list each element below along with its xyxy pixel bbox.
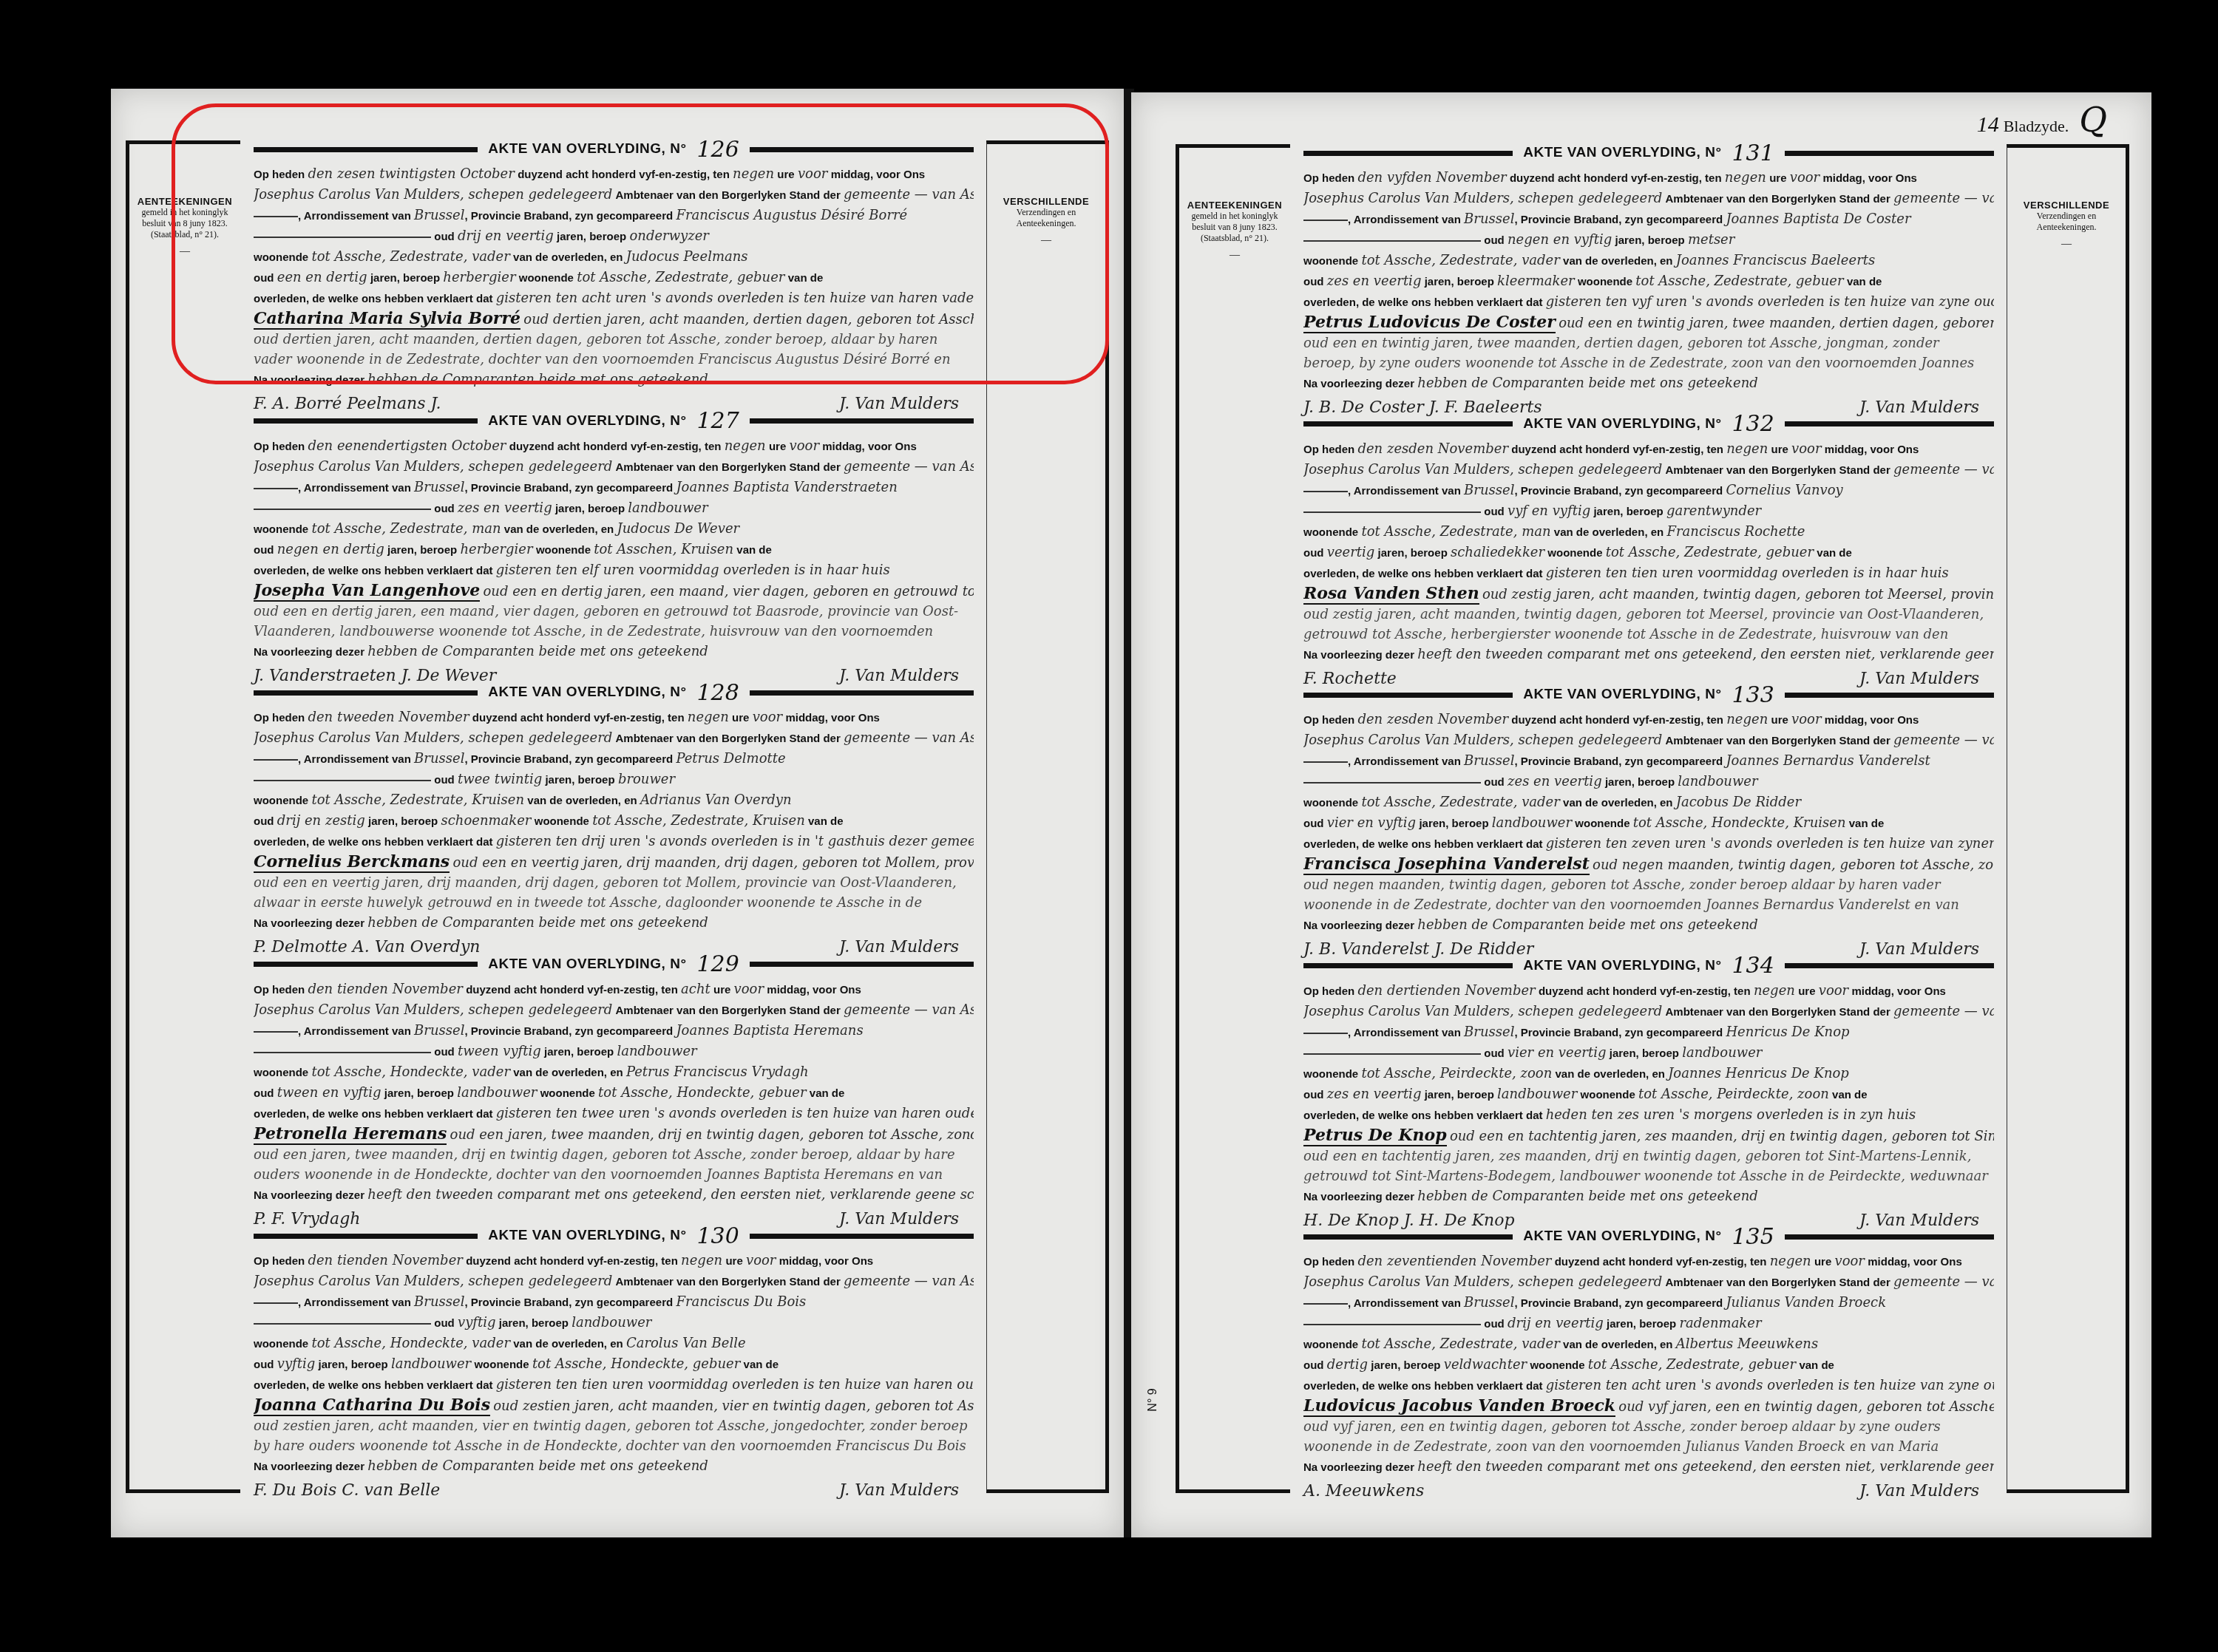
label-verklaert: , de welke ons hebben verklaert dat bbox=[306, 836, 493, 849]
label-oud: oud bbox=[1303, 1359, 1324, 1372]
label-arrondissement: , Arrondissement van bbox=[298, 482, 411, 494]
record-ampm: voor bbox=[1835, 1254, 1865, 1269]
record-official: Josephus Carolus Van Mulders, schepen ge… bbox=[1303, 732, 1662, 748]
header-rule bbox=[254, 418, 478, 424]
margin-heading-right: VERSCHILLENDE bbox=[2007, 200, 2126, 211]
record-witness2-home: tot Assche, Zedestrate, Kruisen bbox=[592, 813, 805, 829]
record-number: 126 bbox=[697, 137, 739, 163]
label-ure: ure bbox=[1798, 985, 1815, 998]
record-gemeente: gemeente — van Assche bbox=[844, 730, 974, 746]
margin-right-dash: — bbox=[2007, 239, 2126, 251]
record-closing: hebben de Comparanten beide met ons gete… bbox=[367, 644, 708, 659]
record-witness1: Joannes Baptista Heremans bbox=[676, 1023, 863, 1039]
label-jaren-beroep: jaren, beroep bbox=[1378, 547, 1448, 560]
label-van-de-overleden: van de overleden bbox=[527, 795, 618, 807]
label-op-heden: Op heden bbox=[254, 712, 305, 724]
record-witness2-home: tot Assche, Zedestrate, gebuer bbox=[1635, 273, 1843, 289]
record-witness1-home: tot Assche, Hondeckte, vader bbox=[311, 1336, 510, 1351]
header-rule bbox=[1785, 963, 1994, 968]
record-official: Josephus Carolus Van Mulders, schepen ge… bbox=[1303, 1274, 1662, 1290]
label-woonende: woonende bbox=[535, 815, 589, 828]
left-records: AKTE VAN OVERLYDING, N° 126 Op heden den… bbox=[240, 135, 987, 1493]
record-witness1-age: vyf en vyftig bbox=[1508, 503, 1590, 519]
label-ure: ure bbox=[1814, 1256, 1831, 1268]
label-middag: middag, voor Ons bbox=[779, 1255, 874, 1268]
label-ure: ure bbox=[769, 441, 786, 453]
record-gemeente: gemeente — van Assche bbox=[1893, 1274, 1994, 1290]
blank-rule bbox=[254, 1052, 431, 1053]
label-van-de-overleden: van de overleden bbox=[513, 251, 604, 264]
death-record: AKTE VAN OVERLYDING, N° 126 Op heden den… bbox=[240, 135, 987, 407]
label-en: , en bbox=[604, 1338, 623, 1350]
handwritten-mark: Q bbox=[2079, 100, 2107, 140]
label-oud: oud bbox=[434, 1046, 455, 1058]
left-margin-column-right-page: AENTEEKENINGEN gemeld in het koninglyk b… bbox=[1176, 144, 1290, 1493]
label-van-de: van de bbox=[810, 1087, 845, 1100]
record-witness1-age: tween vyftig bbox=[458, 1044, 541, 1059]
deceased-name: Petrus De Knop bbox=[1303, 1126, 1447, 1146]
record-header: AKTE VAN OVERLYDING, N° 131 bbox=[1303, 138, 1994, 168]
label-oud: oud bbox=[254, 272, 274, 285]
label-op-heden: Op heden bbox=[1303, 443, 1354, 456]
label-van-de: van de bbox=[808, 815, 844, 828]
label-oud: oud bbox=[254, 1359, 274, 1371]
label-na-voorlezing: Na voorleezing dezer bbox=[254, 917, 364, 930]
label-overleden: overleden bbox=[254, 1379, 306, 1392]
record-details-cont: oud een jaren, twee maanden, drij en twi… bbox=[254, 1147, 955, 1185]
deceased-name: Francisca Josephina Vanderelst bbox=[1303, 854, 1590, 875]
label-en: , en bbox=[604, 251, 623, 264]
label-ambtenaer: Ambtenaer van den Borgerlyken Stand der bbox=[1666, 1006, 1890, 1019]
record-witness2: Joannes Franciscus Baeleerts bbox=[1676, 253, 1875, 268]
death-record: AKTE VAN OVERLYDING, N° 133 Op heden den… bbox=[1290, 680, 2007, 951]
record-witness2-home: tot Assche, Peirdeckte, zoon bbox=[1638, 1087, 1829, 1102]
record-gemeente: gemeente — van Assche bbox=[844, 1274, 974, 1289]
record-witness1-job: metser bbox=[1688, 232, 1734, 248]
record-witness1-home: tot Assche, Zedestrate, vader bbox=[1361, 253, 1559, 268]
record-date: den tienden November bbox=[308, 982, 462, 997]
header-rule bbox=[254, 147, 478, 152]
record-header: AKTE VAN OVERLYDING, N° 132 bbox=[1303, 409, 1994, 439]
record-witness2-age: dertig bbox=[1327, 1357, 1368, 1373]
header-rule bbox=[1303, 421, 1513, 426]
blank-rule bbox=[1303, 782, 1481, 783]
label-jaren-beroep: jaren, beroep bbox=[1605, 776, 1675, 789]
record-witness1-home: tot Assche, Zedestrate, vader bbox=[1361, 795, 1559, 810]
label-woonende: woonende bbox=[1303, 797, 1358, 809]
label-op-heden: Op heden bbox=[1303, 1256, 1354, 1268]
blank-rule bbox=[254, 1031, 298, 1033]
record-arrondissement: Brussel bbox=[1464, 1024, 1514, 1040]
label-oud: oud bbox=[1303, 817, 1324, 830]
label-arrondissement: , Arrondissement van bbox=[298, 753, 411, 766]
record-title: AKTE VAN OVERLYDING, N° bbox=[488, 684, 686, 701]
label-year: duyzend acht honderd vyf-en-zestig, ten bbox=[472, 712, 685, 724]
record-details-cont: oud een en twintig jaren, twee maanden, … bbox=[1303, 336, 1984, 373]
record-witness1-home: tot Assche, Zedestrate, man bbox=[311, 521, 501, 537]
label-middag: middag, voor Ons bbox=[1825, 443, 1919, 456]
record-official: Josephus Carolus Van Mulders, schepen ge… bbox=[254, 1274, 612, 1289]
label-year: duyzend acht honderd vyf-en-zestig, ten bbox=[466, 1255, 678, 1268]
label-jaren-beroep: jaren, beroep bbox=[319, 1359, 388, 1371]
page-number: 14Bladzyde.Q bbox=[1977, 100, 2107, 140]
record-hour: negen bbox=[681, 1253, 722, 1268]
label-jaren-beroep: jaren, beroep bbox=[1425, 276, 1494, 288]
death-record: AKTE VAN OVERLYDING, N° 135 Op heden den… bbox=[1290, 1222, 2007, 1493]
margin-heading: AENTEEKENINGEN bbox=[1179, 200, 1290, 211]
blank-rule bbox=[1303, 511, 1481, 513]
header-rule bbox=[1785, 1234, 1994, 1240]
blank-rule bbox=[1303, 240, 1481, 242]
record-witness1: Joannes Baptista De Coster bbox=[1726, 211, 1910, 227]
label-verklaert: , de welke ons hebben verklaert dat bbox=[306, 565, 493, 577]
record-witness2-job: landbouwer bbox=[1497, 1087, 1577, 1102]
label-verklaert: , de welke ons hebben verklaert dat bbox=[306, 1108, 493, 1121]
label-year: duyzend acht honderd vyf-en-zestig, ten bbox=[1555, 1256, 1767, 1268]
label-woonende: woonende bbox=[1303, 1068, 1358, 1081]
label-jaren-beroep: jaren, beroep bbox=[1610, 1047, 1679, 1060]
header-rule bbox=[1785, 421, 1994, 426]
official-signature: J. Van Mulders bbox=[839, 1481, 959, 1500]
label-jaren-beroep: jaren, beroep bbox=[1425, 1089, 1494, 1101]
record-statement: gisteren ten drij uren 's avonds overled… bbox=[496, 834, 974, 849]
record-witness2-job: herbergier bbox=[443, 270, 515, 285]
label-van-de-overleden: van de overleden bbox=[1563, 255, 1654, 268]
label-overleden: overleden bbox=[254, 1108, 306, 1121]
blank-rule bbox=[254, 237, 431, 238]
record-witness2-age: vier en vyftig bbox=[1327, 815, 1416, 831]
label-overleden: overleden bbox=[1303, 296, 1356, 309]
death-record: AKTE VAN OVERLYDING, N° 127 Op heden den… bbox=[240, 407, 987, 679]
label-jaren-beroep: jaren, beroep bbox=[1615, 234, 1684, 247]
label-jaren-beroep: jaren, beroep bbox=[557, 231, 626, 243]
record-details: oud een en dertig jaren, een maand, vier… bbox=[484, 584, 974, 599]
label-woonende: woonende bbox=[254, 251, 308, 264]
record-title: AKTE VAN OVERLYDING, N° bbox=[488, 956, 686, 973]
header-rule bbox=[750, 690, 974, 696]
label-arrondissement: , Arrondissement van bbox=[298, 210, 411, 222]
record-details: oud een en tachtentig jaren, zes maanden… bbox=[1450, 1129, 1994, 1144]
label-verklaert: , de welke ons hebben verklaert dat bbox=[1356, 1109, 1543, 1122]
label-oud: oud bbox=[1303, 547, 1324, 560]
record-date: den zesden November bbox=[1357, 712, 1508, 727]
label-middag: middag, voor Ons bbox=[1825, 714, 1919, 727]
label-jaren-beroep: jaren, beroep bbox=[384, 1087, 454, 1100]
header-rule bbox=[1303, 1234, 1513, 1240]
label-provincie: , Provincie Braband, zyn gecompareerd bbox=[1514, 214, 1723, 226]
label-arrondissement: , Arrondissement van bbox=[1348, 485, 1461, 497]
record-closing: heeft den tweeden comparant met ons gete… bbox=[1417, 1459, 1994, 1475]
record-witness1-job: landbouwer bbox=[617, 1044, 696, 1059]
record-witness1-age: drij en veertig bbox=[458, 228, 554, 244]
blank-rule bbox=[1303, 220, 1348, 221]
label-provincie: , Provincie Braband, zyn gecompareerd bbox=[464, 1025, 673, 1038]
record-witness1-age: drij en veertig bbox=[1508, 1316, 1604, 1331]
blank-rule bbox=[254, 759, 298, 761]
label-jaren-beroep: jaren, beroep bbox=[370, 272, 440, 285]
label-overleden: overleden bbox=[1303, 568, 1356, 580]
deceased-name: Petrus Ludovicus De Coster bbox=[1303, 313, 1556, 333]
label-verklaert: , de welke ons hebben verklaert dat bbox=[306, 293, 493, 305]
record-details-cont: oud dertien jaren, acht maanden, dertien… bbox=[254, 332, 969, 370]
record-witness1-home: tot Assche, Zedestrate, vader bbox=[311, 249, 509, 265]
label-na-voorlezing: Na voorleezing dezer bbox=[1303, 920, 1414, 932]
label-op-heden: Op heden bbox=[254, 1255, 305, 1268]
record-witness2-home: tot Assche, Zedestrate, gebuer bbox=[1588, 1357, 1796, 1373]
record-hour: negen bbox=[725, 438, 766, 454]
signatures: F. Du Bois C. van Belle J. Van Mulders bbox=[254, 1481, 974, 1500]
label-overleden: overleden bbox=[1303, 1380, 1356, 1393]
record-witness2-age: tween en vyftig bbox=[277, 1085, 381, 1101]
label-oud: oud bbox=[254, 815, 274, 828]
label-oud: oud bbox=[1303, 1089, 1324, 1101]
label-woonende: woonende bbox=[1303, 1339, 1358, 1351]
record-closing: heeft den tweeden comparant met ons gete… bbox=[1417, 647, 1994, 662]
record-number: 128 bbox=[697, 680, 739, 706]
label-ambtenaer: Ambtenaer van den Borgerlyken Stand der bbox=[1666, 464, 1890, 477]
record-hour: negen bbox=[1770, 1254, 1811, 1269]
record-date: den vyfden November bbox=[1357, 170, 1506, 186]
right-margin-column: VERSCHILLENDE Verzendingen en Aenteekeni… bbox=[986, 140, 1109, 1493]
header-rule bbox=[1785, 693, 1994, 698]
label-ure: ure bbox=[777, 169, 794, 181]
header-rule bbox=[1785, 151, 1994, 156]
label-arrondissement: , Arrondissement van bbox=[298, 1025, 411, 1038]
record-witness2-job: herbergier bbox=[460, 542, 532, 557]
record-details-cont: oud negen maanden, twintig dagen, gebore… bbox=[1303, 877, 1959, 915]
record-header: AKTE VAN OVERLYDING, N° 133 bbox=[1303, 680, 1994, 710]
label-op-heden: Op heden bbox=[254, 984, 305, 996]
label-overleden: overleden bbox=[1303, 1109, 1356, 1122]
label-jaren-beroep: jaren, beroep bbox=[1607, 1318, 1676, 1330]
record-ampm: voor bbox=[753, 710, 782, 725]
label-middag: middag, voor Ons bbox=[785, 712, 880, 724]
record-witness2-age: veertig bbox=[1327, 545, 1375, 560]
record-statement: gisteren ten acht uren 's avonds overled… bbox=[496, 290, 974, 306]
record-statement: gisteren ten tien uren voormiddag overle… bbox=[496, 1377, 974, 1393]
death-record: AKTE VAN OVERLYDING, N° 131 Op heden den… bbox=[1290, 138, 2007, 409]
label-year: duyzend acht honderd vyf-en-zestig, ten bbox=[518, 169, 730, 181]
blank-rule bbox=[1303, 1033, 1348, 1034]
record-witness2: Albertus Meeuwkens bbox=[1676, 1336, 1818, 1352]
record-witness2: Judocus De Wever bbox=[617, 521, 739, 537]
label-woonende: woonende bbox=[254, 1067, 308, 1079]
record-witness2-home: tot Assche, Zedestrate, gebuer bbox=[1606, 545, 1814, 560]
record-witness2-job: kleermaker bbox=[1497, 273, 1575, 289]
record-number: 131 bbox=[1732, 140, 1774, 166]
record-details: oud vyf jaren, een en twintig dagen, geb… bbox=[1618, 1399, 1994, 1415]
blank-rule bbox=[1303, 761, 1348, 763]
deceased-name: Rosa Vanden Sthen bbox=[1303, 584, 1479, 605]
label-en: , en bbox=[1654, 797, 1673, 809]
record-details-cont: oud een en veertig jaren, drij maanden, … bbox=[254, 875, 957, 913]
record-witness1-job: radenmaker bbox=[1679, 1316, 1761, 1331]
margin-line-2: besluit van 8 juny 1823. bbox=[1179, 222, 1290, 233]
record-witness2: Petrus Franciscus Vrydagh bbox=[626, 1064, 809, 1080]
label-year: duyzend acht honderd vyf-en-zestig, ten bbox=[466, 984, 678, 996]
margin-heading: AENTEEKENINGEN bbox=[129, 196, 240, 207]
record-details: oud een en veertig jaren, drij maanden, … bbox=[453, 855, 974, 871]
record-arrondissement: Brussel bbox=[1464, 1295, 1514, 1311]
record-arrondissement: Brussel bbox=[414, 208, 464, 223]
record-witness2-age: zes en veertig bbox=[1327, 273, 1422, 289]
label-ambtenaer: Ambtenaer van den Borgerlyken Stand der bbox=[1666, 193, 1890, 205]
label-van-de: van de bbox=[1847, 276, 1882, 288]
right-records: AKTE VAN OVERLYDING, N° 131 Op heden den… bbox=[1290, 138, 2007, 1493]
header-rule bbox=[750, 1234, 974, 1239]
record-witness2-job: veldwachter bbox=[1444, 1357, 1527, 1373]
record-date: den dertienden November bbox=[1357, 983, 1535, 999]
record-number: 127 bbox=[697, 408, 739, 434]
record-witness1-home: tot Assche, Hondeckte, vader bbox=[311, 1064, 510, 1080]
label-jaren-beroep: jaren, beroep bbox=[499, 1317, 569, 1330]
label-na-voorlezing: Na voorleezing dezer bbox=[254, 1189, 364, 1202]
label-oud: oud bbox=[1484, 1318, 1505, 1330]
record-gemeente: gemeente — van Assche bbox=[1893, 1004, 1994, 1019]
label-na-voorlezing: Na voorleezing dezer bbox=[1303, 1191, 1414, 1203]
label-van-de-overleden: van de overleden bbox=[1563, 797, 1654, 809]
label-jaren-beroep: jaren, beroep bbox=[545, 774, 614, 786]
record-details: oud een en twintig jaren, twee maanden, … bbox=[1559, 316, 1994, 331]
left-page: AENTEEKENINGEN gemeld in het koninglyk b… bbox=[111, 89, 1124, 1537]
label-arrondissement: , Arrondissement van bbox=[1348, 1297, 1461, 1310]
register-volume-label: N° 9 bbox=[1147, 1388, 1160, 1411]
record-header: AKTE VAN OVERLYDING, N° 134 bbox=[1303, 951, 1994, 981]
label-ambtenaer: Ambtenaer van den Borgerlyken Stand der bbox=[616, 461, 841, 474]
blank-rule bbox=[254, 780, 431, 781]
record-closing: hebben de Comparanten beide met ons gete… bbox=[1417, 375, 1758, 391]
blank-rule bbox=[1303, 1303, 1348, 1305]
label-na-voorlezing: Na voorleezing dezer bbox=[1303, 1461, 1414, 1474]
record-title: AKTE VAN OVERLYDING, N° bbox=[1523, 958, 1721, 974]
record-date: den zesen twintigsten October bbox=[308, 166, 514, 182]
blank-rule bbox=[254, 1323, 431, 1325]
record-ampm: voor bbox=[1819, 983, 1848, 999]
death-record: AKTE VAN OVERLYDING, N° 128 Op heden den… bbox=[240, 678, 987, 950]
label-provincie: , Provincie Braband, zyn gecompareerd bbox=[1514, 755, 1723, 768]
label-jaren-beroep: jaren, beroep bbox=[555, 503, 625, 515]
record-hour: negen bbox=[1726, 441, 1768, 457]
record-details-cont: oud een en dertig jaren, een maand, vier… bbox=[254, 604, 958, 642]
label-woonende: woonende bbox=[254, 795, 308, 807]
label-overleden: overleden bbox=[1303, 838, 1356, 851]
header-rule bbox=[254, 1234, 478, 1239]
record-witness2-home: tot Assche, Hondeckte, gebuer bbox=[598, 1085, 806, 1101]
record-details-cont: oud een en tachtentig jaren, zes maanden… bbox=[1303, 1149, 1988, 1186]
label-na-voorlezing: Na voorleezing dezer bbox=[1303, 378, 1414, 390]
label-van-de-overleden: van de overleden bbox=[1556, 1068, 1646, 1081]
record-details: oud dertien jaren, acht maanden, dertien… bbox=[523, 312, 974, 327]
record-witness1-home: tot Assche, Zedestrate, Kruisen bbox=[311, 792, 524, 808]
label-en: , en bbox=[1646, 1068, 1665, 1081]
label-van-de-overleden: van de overleden bbox=[504, 523, 595, 536]
label-jaren-beroep: jaren, beroep bbox=[387, 544, 457, 557]
label-en: , en bbox=[618, 795, 637, 807]
record-witness2-home: tot Assche, Zedestrate, gebuer bbox=[577, 270, 784, 285]
record-closing: heeft den tweeden comparant met ons gete… bbox=[367, 1187, 974, 1203]
label-oud: oud bbox=[434, 503, 455, 515]
label-year: duyzend acht honderd vyf-en-zestig, ten bbox=[1510, 172, 1722, 185]
record-witness1-age: zes en veertig bbox=[458, 500, 552, 516]
label-ambtenaer: Ambtenaer van den Borgerlyken Stand der bbox=[616, 732, 841, 745]
record-witness1-home: tot Assche, Peirdeckte, zoon bbox=[1361, 1066, 1552, 1081]
label-na-voorlezing: Na voorleezing dezer bbox=[1303, 649, 1414, 662]
record-arrondissement: Brussel bbox=[414, 1023, 464, 1039]
record-header: AKTE VAN OVERLYDING, N° 135 bbox=[1303, 1222, 1994, 1251]
label-van-de: van de bbox=[1849, 817, 1885, 830]
header-rule bbox=[750, 147, 974, 152]
label-op-heden: Op heden bbox=[1303, 172, 1354, 185]
label-verklaert: , de welke ons hebben verklaert dat bbox=[1356, 838, 1543, 851]
record-date: den zesden November bbox=[1357, 441, 1508, 457]
record-number: 132 bbox=[1732, 411, 1774, 437]
record-witness1-home: tot Assche, Zedestrate, man bbox=[1361, 524, 1550, 540]
label-ambtenaer: Ambtenaer van den Borgerlyken Stand der bbox=[1666, 1277, 1890, 1289]
record-statement: gisteren ten zeven uren 's avonds overle… bbox=[1546, 836, 1994, 852]
right-page: 14Bladzyde.Q N° 9 AENTEEKENINGEN gemeld … bbox=[1131, 92, 2151, 1537]
label-van-de-overleden: van de overleden bbox=[1554, 526, 1645, 539]
record-arrondissement: Brussel bbox=[1464, 483, 1514, 498]
record-witness1: Henricus De Knop bbox=[1726, 1024, 1849, 1040]
record-details: oud zestien jaren, acht maanden, vier en… bbox=[493, 1398, 974, 1414]
record-details: oud negen maanden, twintig dagen, gebore… bbox=[1593, 857, 1994, 873]
record-official: Josephus Carolus Van Mulders, schepen ge… bbox=[1303, 1004, 1662, 1019]
deceased-name: Catharina Maria Sylvia Borré bbox=[254, 309, 520, 330]
label-middag: middag, voor Ons bbox=[831, 169, 926, 181]
record-witness1: Franciscus Augustus Désiré Borré bbox=[676, 208, 907, 223]
header-rule bbox=[254, 962, 478, 967]
record-ampm: voor bbox=[798, 166, 827, 182]
margin-line-1: gemeld in het koninglyk bbox=[1179, 211, 1290, 222]
record-official: Josephus Carolus Van Mulders, schepen ge… bbox=[1303, 191, 1662, 206]
record-details: oud een jaren, twee maanden, drij en twi… bbox=[450, 1127, 974, 1143]
deceased-name: Petronella Heremans bbox=[254, 1124, 447, 1145]
label-provincie: , Provincie Braband, zyn gecompareerd bbox=[464, 482, 673, 494]
label-arrondissement: , Arrondissement van bbox=[1348, 1027, 1461, 1039]
margin-dash: — bbox=[129, 246, 240, 258]
label-en: , en bbox=[594, 523, 614, 536]
record-hour: negen bbox=[1725, 170, 1766, 186]
record-witness1-age: negen en vyftig bbox=[1508, 232, 1612, 248]
label-provincie: , Provincie Braband, zyn gecompareerd bbox=[1514, 485, 1723, 497]
record-arrondissement: Brussel bbox=[414, 751, 464, 766]
label-woonende: woonende bbox=[536, 544, 591, 557]
record-statement: gisteren ten elf uren voormiddag overled… bbox=[496, 562, 890, 578]
left-margin-column: AENTEEKENINGEN gemeld in het koninglyk b… bbox=[126, 140, 240, 1493]
record-number: 134 bbox=[1732, 953, 1774, 979]
label-ambtenaer: Ambtenaer van den Borgerlyken Stand der bbox=[616, 1005, 841, 1017]
record-title: AKTE VAN OVERLYDING, N° bbox=[1523, 687, 1721, 703]
record-arrondissement: Brussel bbox=[414, 1294, 464, 1310]
label-woonende: woonende bbox=[1530, 1359, 1584, 1372]
label-provincie: , Provincie Braband, zyn gecompareerd bbox=[464, 210, 673, 222]
record-witness2: Carolus Van Belle bbox=[626, 1336, 746, 1351]
right-margin-column-right-page: VERSCHILLENDE Verzendingen en Aenteekeni… bbox=[2007, 144, 2129, 1493]
record-hour: negen bbox=[733, 166, 774, 182]
record-witness2-age: zes en veertig bbox=[1327, 1087, 1422, 1102]
label-van-de-overleden: van de overleden bbox=[1563, 1339, 1654, 1351]
label-van-de: van de bbox=[788, 272, 824, 285]
record-witness1-job: landbouwer bbox=[628, 500, 708, 516]
record-witness1: Cornelius Vanvoy bbox=[1726, 483, 1842, 498]
record-official: Josephus Carolus Van Mulders, schepen ge… bbox=[1303, 462, 1662, 477]
header-rule bbox=[750, 418, 974, 424]
label-oud: oud bbox=[434, 774, 455, 786]
margin-line-3: (Staatsblad, n° 21). bbox=[129, 229, 240, 240]
record-witness1-age: vier en veertig bbox=[1508, 1045, 1606, 1061]
label-middag: middag, voor Ons bbox=[1851, 985, 1946, 998]
record-witness1: Joannes Baptista Vanderstraeten bbox=[676, 480, 897, 495]
